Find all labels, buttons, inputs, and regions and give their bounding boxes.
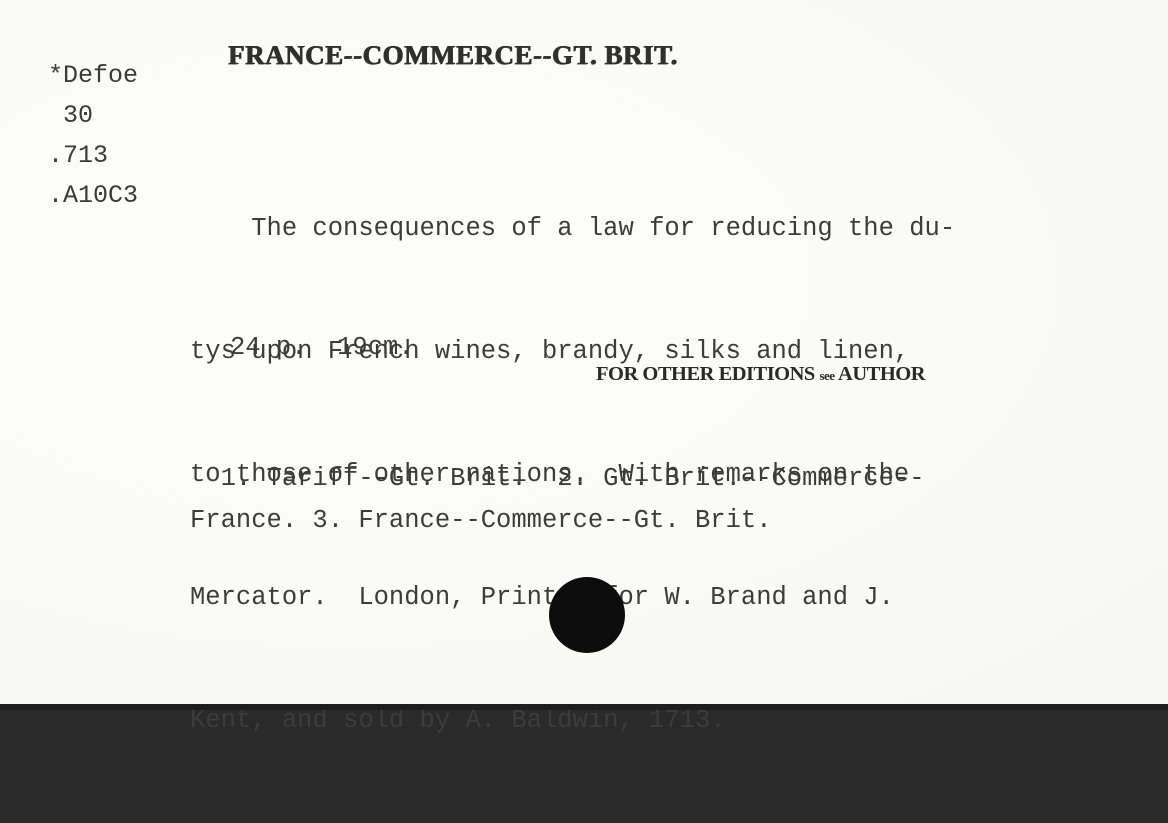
call-number-line: .713: [48, 136, 138, 176]
tracing-line: France. 3. France--Commerce--Gt. Brit.: [190, 500, 925, 542]
tracing-line: 1. Tariff--Gt. Brit. 2. Gt. Brit.--Comme…: [190, 458, 925, 500]
stamp-text-author: AUTHOR: [835, 363, 925, 385]
subject-heading: FRANCE--COMMERCE--GT. BRIT.: [228, 40, 678, 71]
call-number-line: 30: [48, 96, 138, 136]
punch-hole: [549, 577, 625, 653]
collation: 24 p. 19cm.: [230, 333, 414, 362]
call-number: *Defoe 30 .713 .A10C3: [48, 56, 138, 216]
call-number-line: *Defoe: [48, 56, 138, 96]
catalog-card: *Defoe 30 .713 .A10C3 FRANCE--COMMERCE--…: [0, 0, 1168, 704]
description-line: The consequences of a law for reducing t…: [190, 208, 955, 249]
call-number-line: .A10C3: [48, 176, 138, 216]
card-bottom-edge: [0, 704, 1168, 710]
subject-tracings: 1. Tariff--Gt. Brit. 2. Gt. Brit.--Comme…: [190, 458, 925, 542]
other-editions-stamp: FOR OTHER EDITIONS see AUTHOR: [596, 363, 925, 386]
stamp-see: see: [819, 368, 834, 383]
stamp-text: FOR OTHER EDITIONS: [596, 363, 819, 385]
